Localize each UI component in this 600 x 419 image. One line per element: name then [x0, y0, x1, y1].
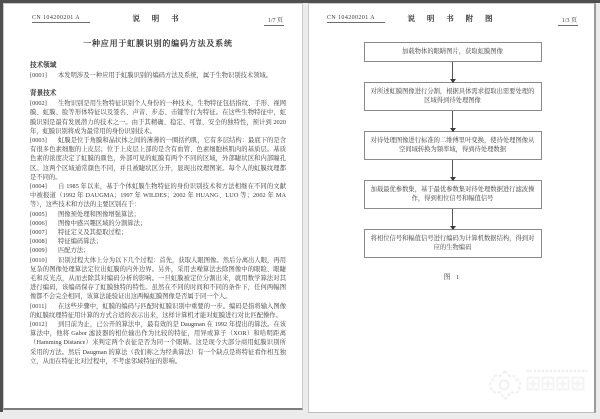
flowchart-figure-1: 加载物体的眼睛图片，获取虹膜图像 对所述虹膜图像进行分割，根据具体需求提取出需要…: [364, 42, 542, 258]
page-header-title: 说 明 书: [30, 13, 286, 24]
flow-arrow-down-icon: [452, 209, 453, 229]
paragraph: [0009]匹配方法；: [30, 246, 286, 255]
paragraph: [0002]生物识别是用生物特征识别个人身份的一种技术，生物特征包括指纹、手形、…: [30, 99, 286, 136]
specification-page: CN 104200201 A 说 明 书 1/7 页 一种应用于虹膜识别的编码方…: [3, 3, 303, 410]
paragraph: [0008]特征编码算法；: [30, 237, 286, 246]
page-header: CN 104200201 A 说 明 书 附 图 1/3 页: [325, 12, 580, 26]
paragraph: [0001]本发明涉及一种应用于虹膜识别的编码方法及系统，属于生物识别技术领域。: [30, 71, 286, 80]
paragraph-number: [0009]: [30, 246, 52, 255]
paragraph-number: [0011]: [30, 302, 52, 311]
flow-step-load-eye-image: 加载物体的眼睛图片，获取虹膜图像: [364, 42, 542, 62]
paragraph: [0004]自 1985 年以来，基于个体虹膜生物特征的身份识别技术和方法相继在…: [30, 182, 286, 210]
paragraph-text: 匹配方法；: [58, 247, 89, 254]
watermark-small-text: [527, 370, 587, 373]
flow-arrow-down-icon: [452, 160, 453, 180]
page-number: 1/7 页: [264, 15, 284, 26]
paragraph-text: 识别过程大体上分为以下几个过程：首先，获取人眼图像。然后分离出人眼，再用复杂的图…: [30, 257, 286, 301]
flow-step-segment-iris: 对所述虹膜图像进行分割，根据具体需求提取出需要处理的区域得到待处理图像: [364, 82, 542, 111]
paragraph: [0011]在这些步骤中，虹膜的编码与匹配时虹膜识别中重要的一步。编码是指将输入…: [30, 302, 286, 320]
paragraph-text: 虹膜是位于角膜和晶状体之间的薄薄的一圈括约肌，它有多层结构：最底下的是含有很多色…: [30, 137, 286, 181]
paragraph: [0003]虹膜是位于角膜和晶状体之间的薄薄的一圈括约肌，它有多层结构：最底下的…: [30, 136, 286, 182]
paragraph: [0006]图像中感兴趣区域的分割算法；: [30, 219, 286, 228]
paragraph-text: 本发明涉及一种应用于虹膜识别的编码方法及系统，属于生物识别技术领域。: [58, 72, 272, 79]
paragraph-text: 生物识别是用生物特征识别个人身份的一种技术，生物特征包括指纹、手形、视网膜、虹膜…: [30, 100, 286, 135]
paragraph-text: 图像中感兴趣区域的分割算法；: [58, 220, 146, 227]
invention-title: 一种应用于虹膜识别的编码方法及系统: [30, 38, 286, 49]
flow-step-encode-signals: 将相位信号和幅值信号进行编码为计算机数据结构，得到对应的生物编码: [364, 229, 542, 258]
paragraph-number: [0010]: [30, 256, 52, 265]
paragraph-number: [0012]: [30, 320, 52, 329]
paragraph-number: [0004]: [30, 182, 52, 191]
figure-caption: 图 1: [325, 271, 580, 281]
page-header: CN 104200201 A 说 明 书 1/7 页: [30, 12, 286, 26]
section-heading-background: 背景技术: [30, 87, 286, 97]
patent-document-view: CN 104200201 A 说 明 书 1/7 页 一种应用于虹膜识别的编码方…: [0, 0, 600, 419]
watermark-text-blocks: [527, 377, 584, 390]
page-header-title: 说 明 书 附 图: [325, 13, 580, 24]
paragraph-number: [0002]: [30, 99, 52, 108]
paragraph: [0012]到目前为止，已公开的算法中，最有效的是 Daugman 在 1992…: [30, 320, 286, 366]
drawings-page: CN 104200201 A 说 明 书 附 图 1/3 页 加载物体的眼睛图片…: [308, 3, 596, 413]
paragraph-text: 特征定义及其提取过程；: [58, 229, 127, 236]
paragraph: [0010]识别过程大体上分为以下几个过程：首先，获取人眼图像。然后分离出人眼，…: [30, 256, 286, 302]
flow-step-filter-with-optimal-params: 加载最优参数集，基于最优参数集对待处理数据进行滤波操作，得到相位信号和幅值信号: [364, 180, 542, 209]
paragraph-text: 特征编码算法；: [58, 238, 102, 245]
page-number: 1/3 页: [558, 15, 578, 26]
flow-step-fourier-transform: 对待处理图像进行标准的二维傅里叶变换，使待处理图像从空间域转换为频率域，得到待处…: [364, 131, 542, 160]
flow-arrow-down-icon: [452, 111, 453, 131]
paragraph-number: [0008]: [30, 237, 52, 246]
section-heading-technical-field: 技术领域: [30, 59, 286, 69]
watermark-logo: [487, 362, 592, 408]
paragraph-number: [0003]: [30, 136, 52, 145]
paragraph-number: [0005]: [30, 210, 52, 219]
paragraph: [0007]特征定义及其提取过程；: [30, 228, 286, 237]
paragraph-number: [0007]: [30, 228, 52, 237]
paragraph-text: 在这些步骤中，虹膜的编码与匹配时虹膜识别中重要的一步。编码是指将输入图像的虹膜纹…: [30, 303, 286, 319]
paragraph-text: 到目前为止，已公开的算法中，最有效的是 Daugman 在 1992 年提出的算…: [30, 321, 286, 365]
paragraph-number: [0001]: [30, 71, 52, 80]
paragraph-text: 自 1985 年以来，基于个体虹膜生物特征的身份识别技术和方法相继在不同的文献中…: [30, 183, 286, 208]
paragraph-text: 图像预处理和图像增强算法；: [58, 211, 140, 218]
flow-arrow-down-icon: [452, 62, 453, 82]
paragraph-number: [0006]: [30, 219, 52, 228]
paragraph: [0005]图像预处理和图像增强算法；: [30, 210, 286, 219]
cloud-logo-icon: [487, 368, 523, 402]
